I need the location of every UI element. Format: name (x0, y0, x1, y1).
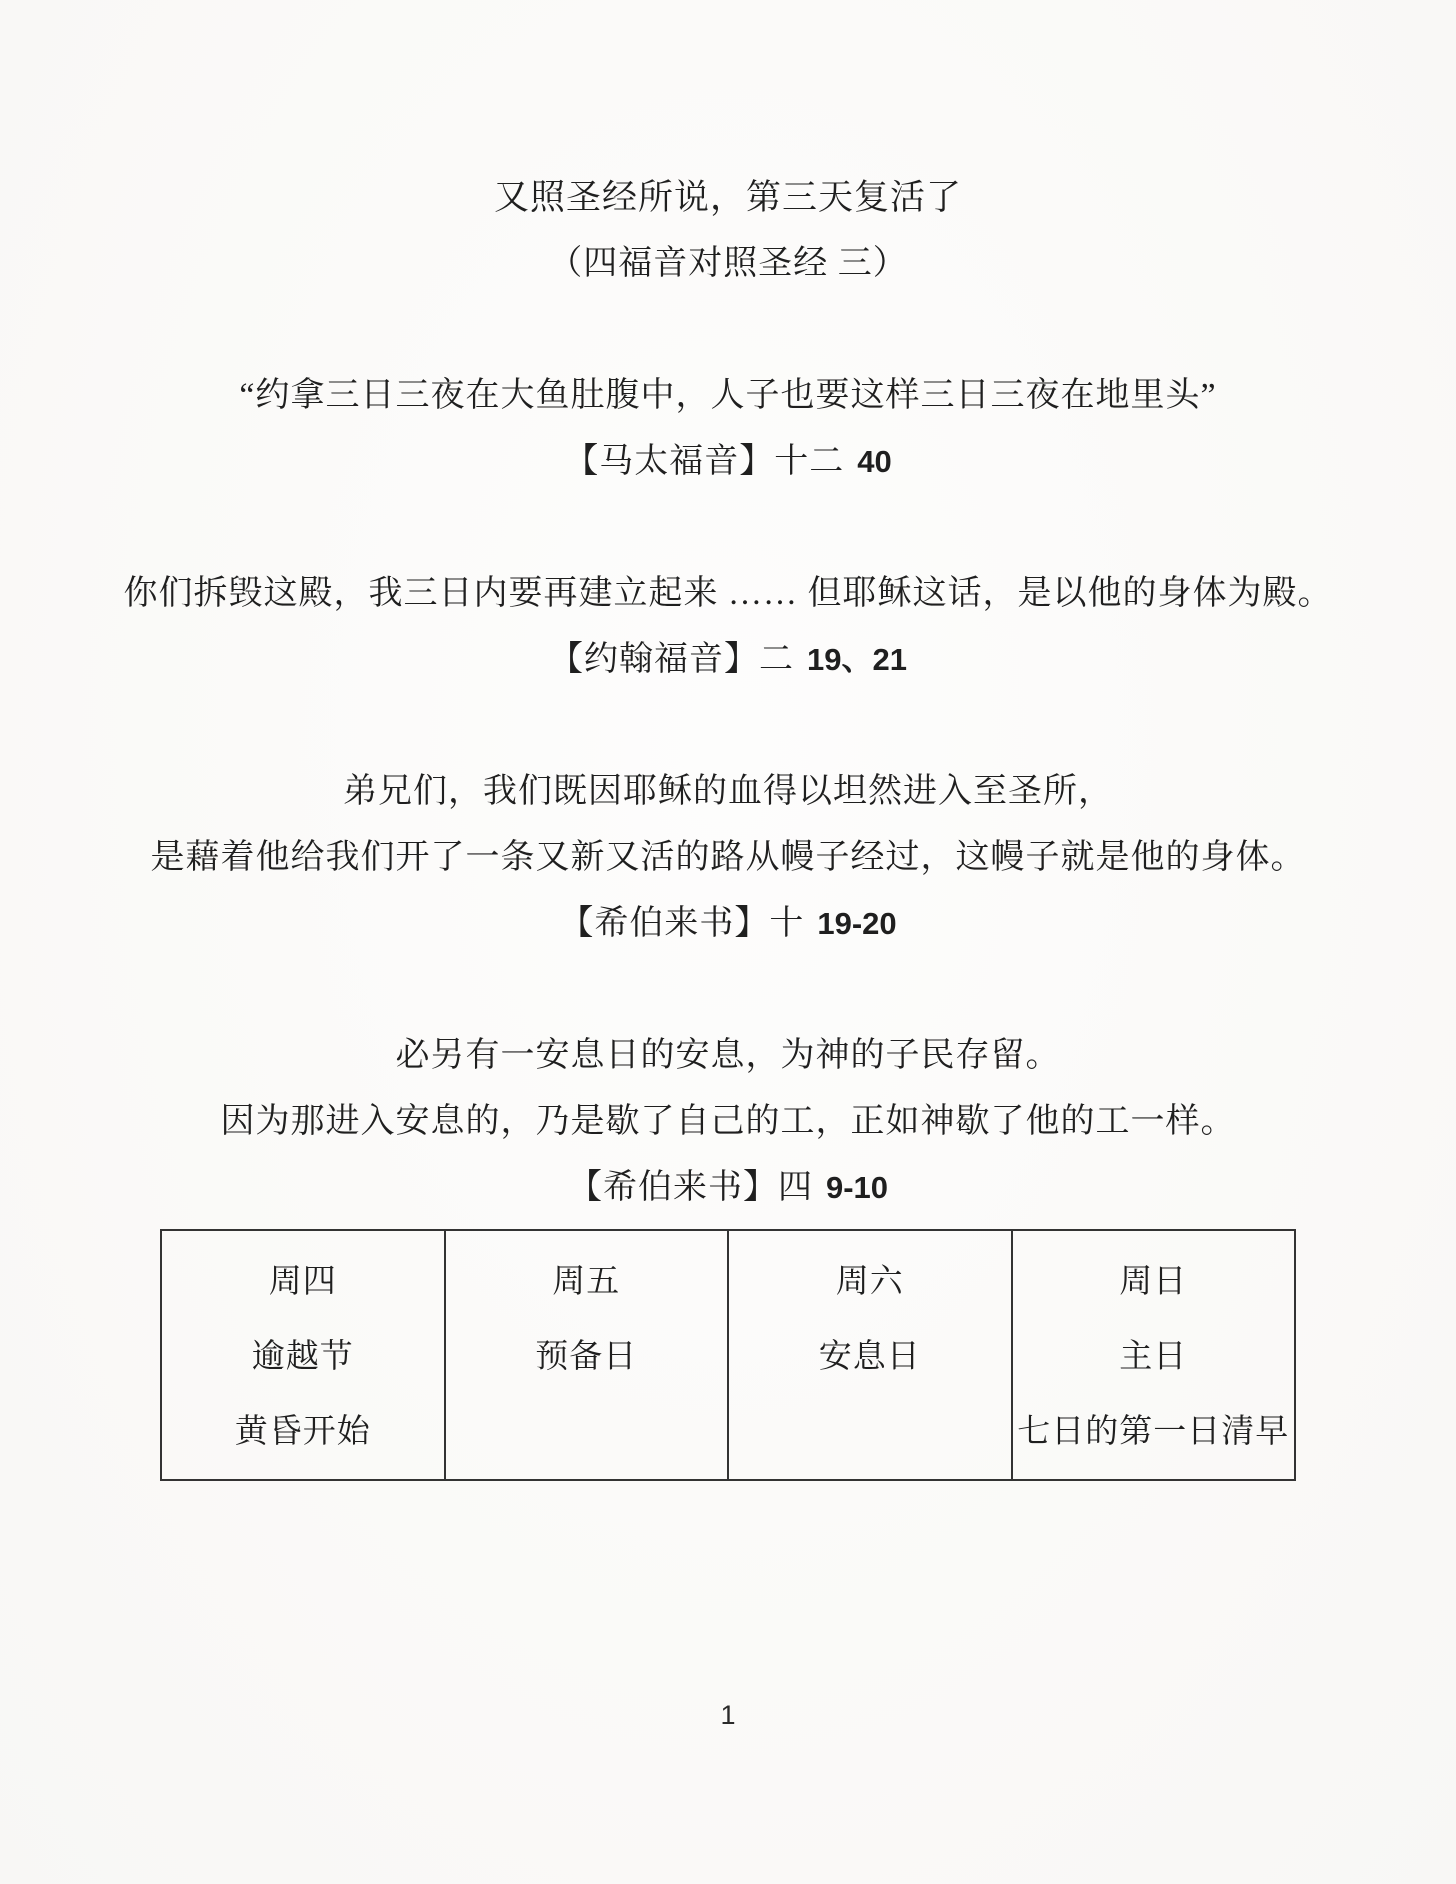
reference-number: 19-20 (817, 906, 896, 941)
scripture-reference: 【希伯来书】四9-10 (0, 1155, 1456, 1221)
reference-number: 40 (857, 444, 891, 479)
scanned-document-page: 又照圣经所说，第三天复活了 （四福音对照圣经 三） “约拿三日三夜在大鱼肚腹中，… (0, 0, 1456, 1884)
day-label: 周四 (162, 1245, 444, 1320)
verse-line: “约拿三日三夜在大鱼肚腹中，人子也要这样三日三夜在地里头” (0, 363, 1456, 429)
scripture-reference: 【希伯来书】十19-20 (0, 891, 1456, 957)
verse-line: 是藉着他给我们开了一条又新又活的路从幔子经过，这幔子就是他的身体。 (0, 825, 1456, 891)
table-column-saturday: 周六 安息日 (729, 1231, 1013, 1479)
day-label: 周日 (1013, 1245, 1295, 1320)
schedule-table-wrap: 周四 逾越节 黄昏开始 周五 预备日 周六 安息日 周日 主日 七日 (0, 1229, 1456, 1481)
table-column-friday: 周五 预备日 (446, 1231, 730, 1479)
reference-book: 【希伯来书】十 (559, 905, 804, 942)
verse-line: 因为那进入安息的，乃是歇了自己的工，正如神歇了他的工一样。 (0, 1089, 1456, 1155)
reference-number: 9-10 (826, 1170, 888, 1205)
page-title: 又照圣经所说，第三天复活了 (0, 165, 1456, 231)
day-label: 周五 (446, 1245, 728, 1320)
day-note: 七日的第一日清早 (1013, 1395, 1295, 1470)
reference-number: 19、21 (807, 642, 907, 677)
document-content: 又照圣经所说，第三天复活了 （四福音对照圣经 三） “约拿三日三夜在大鱼肚腹中，… (0, 0, 1456, 1481)
day-note: 黄昏开始 (162, 1395, 444, 1470)
reference-book: 【马太福音】十二 (564, 443, 844, 480)
scripture-reference: 【约翰福音】二19、21 (0, 627, 1456, 693)
reference-book: 【约翰福音】二 (549, 641, 794, 678)
day-note (446, 1395, 728, 1470)
week-schedule-table: 周四 逾越节 黄昏开始 周五 预备日 周六 安息日 周日 主日 七日 (160, 1229, 1296, 1481)
verse-line: 你们拆毁这殿，我三日内要再建立起来 …… 但耶稣这话，是以他的身体为殿。 (0, 561, 1456, 627)
page-subtitle: （四福音对照圣经 三） (0, 231, 1456, 297)
table-column-thursday: 周四 逾越节 黄昏开始 (162, 1231, 446, 1479)
day-event: 逾越节 (162, 1320, 444, 1395)
table-column-sunday: 周日 主日 七日的第一日清早 (1013, 1231, 1295, 1479)
reference-book: 【希伯来书】四 (568, 1169, 813, 1206)
day-event: 安息日 (729, 1320, 1011, 1395)
verse-line: 必另有一安息日的安息，为神的子民存留。 (0, 1023, 1456, 1089)
day-label: 周六 (729, 1245, 1011, 1320)
scripture-reference: 【马太福音】十二40 (0, 429, 1456, 495)
day-event: 主日 (1013, 1320, 1295, 1395)
day-event: 预备日 (446, 1320, 728, 1395)
verse-line: 弟兄们，我们既因耶稣的血得以坦然进入至圣所， (0, 759, 1456, 825)
page-number: 1 (0, 1700, 1456, 1731)
day-note (729, 1395, 1011, 1470)
